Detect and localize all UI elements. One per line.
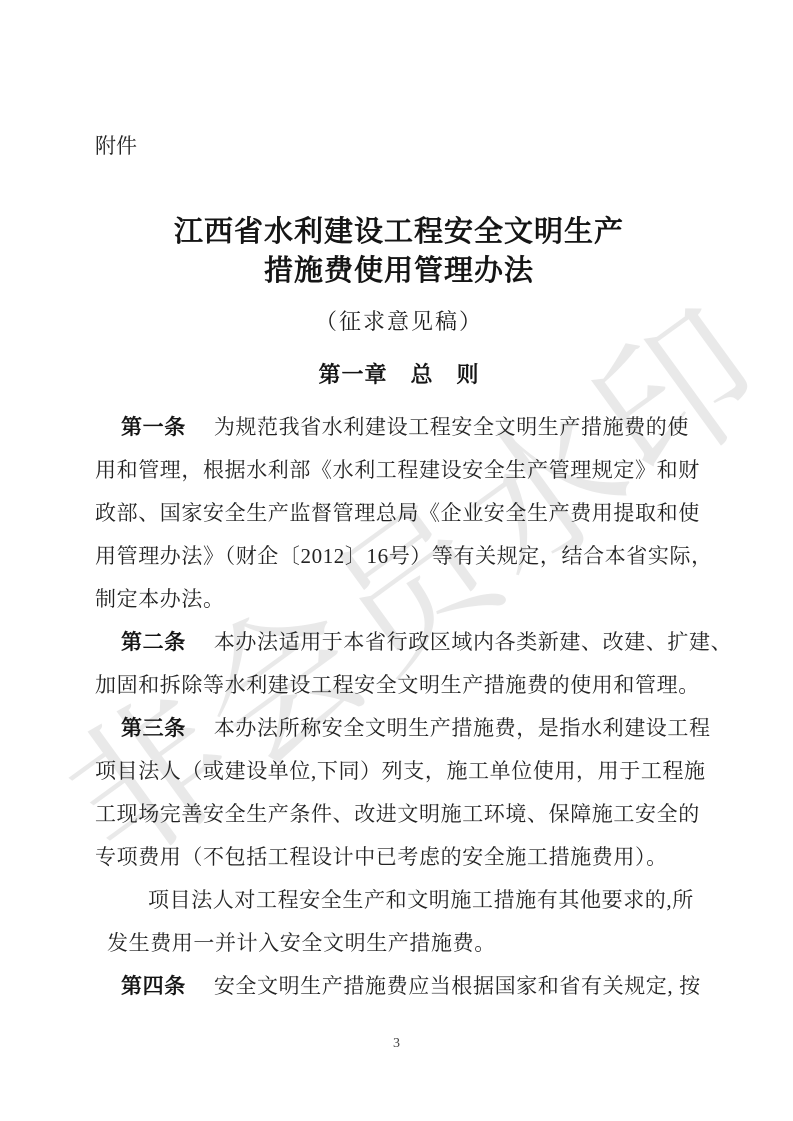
article-number: 第一条 bbox=[121, 415, 186, 439]
body-line: 第一条为规范我省水利建设工程安全文明生产措施费的使 bbox=[95, 406, 703, 449]
body-line: 专项费用（不包括工程设计中已考虑的安全施工措施费用）。 bbox=[95, 836, 703, 879]
document-page: 非会员水印 附件 江西省水利建设工程安全文明生产 措施费使用管理办法 （征求意见… bbox=[0, 0, 793, 1121]
document-content: 附件 江西省水利建设工程安全文明生产 措施费使用管理办法 （征求意见稿） 第一章… bbox=[0, 0, 793, 1008]
body-line: 项目法人对工程安全生产和文明施工措施有其他要求的,所 bbox=[95, 879, 703, 922]
article-number: 第三条 bbox=[121, 716, 186, 740]
body-line: 用和管理，根据水利部《水利工程建设安全生产管理规定》和财 bbox=[95, 449, 703, 492]
body-line: 加固和拆除等水利建设工程安全文明生产措施费的使用和管理。 bbox=[95, 664, 703, 707]
page-number: 3 bbox=[0, 1036, 793, 1052]
body-line: 发生费用一并计入安全文明生产措施费。 bbox=[95, 922, 703, 965]
body-line: 第三条本办法所称安全文明生产措施费，是指水利建设工程 bbox=[95, 707, 703, 750]
body-line: 政部、国家安全生产监督管理总局《企业安全生产费用提取和使 bbox=[95, 492, 703, 535]
article-number: 第四条 bbox=[121, 974, 186, 998]
body-line: 工现场完善安全生产条件、改进文明施工环境、保障施工安全的 bbox=[95, 793, 703, 836]
body-line: 第四条安全文明生产措施费应当根据国家和省有关规定, 按 bbox=[95, 965, 703, 1008]
body-line: 项目法人（或建设单位,下同）列支，施工单位使用，用于工程施 bbox=[95, 750, 703, 793]
document-title: 江西省水利建设工程安全文明生产 措施费使用管理办法 bbox=[95, 213, 703, 291]
body-line: 制定本办法。 bbox=[95, 578, 703, 621]
document-title-line2: 措施费使用管理办法 bbox=[95, 252, 703, 291]
attachment-label: 附件 bbox=[95, 134, 703, 160]
document-subtitle: （征求意见稿） bbox=[95, 307, 703, 336]
article-number: 第二条 bbox=[121, 630, 186, 654]
document-body: 第一条为规范我省水利建设工程安全文明生产措施费的使用和管理，根据水利部《水利工程… bbox=[95, 406, 703, 1008]
body-line: 第二条本办法适用于本省行政区域内各类新建、改建、扩建、 bbox=[95, 621, 703, 664]
chapter-heading: 第一章 总 则 bbox=[95, 360, 703, 389]
body-line: 用管理办法》（财企〔2012〕16号）等有关规定，结合本省实际， bbox=[95, 535, 703, 578]
document-title-line1: 江西省水利建设工程安全文明生产 bbox=[95, 213, 703, 252]
